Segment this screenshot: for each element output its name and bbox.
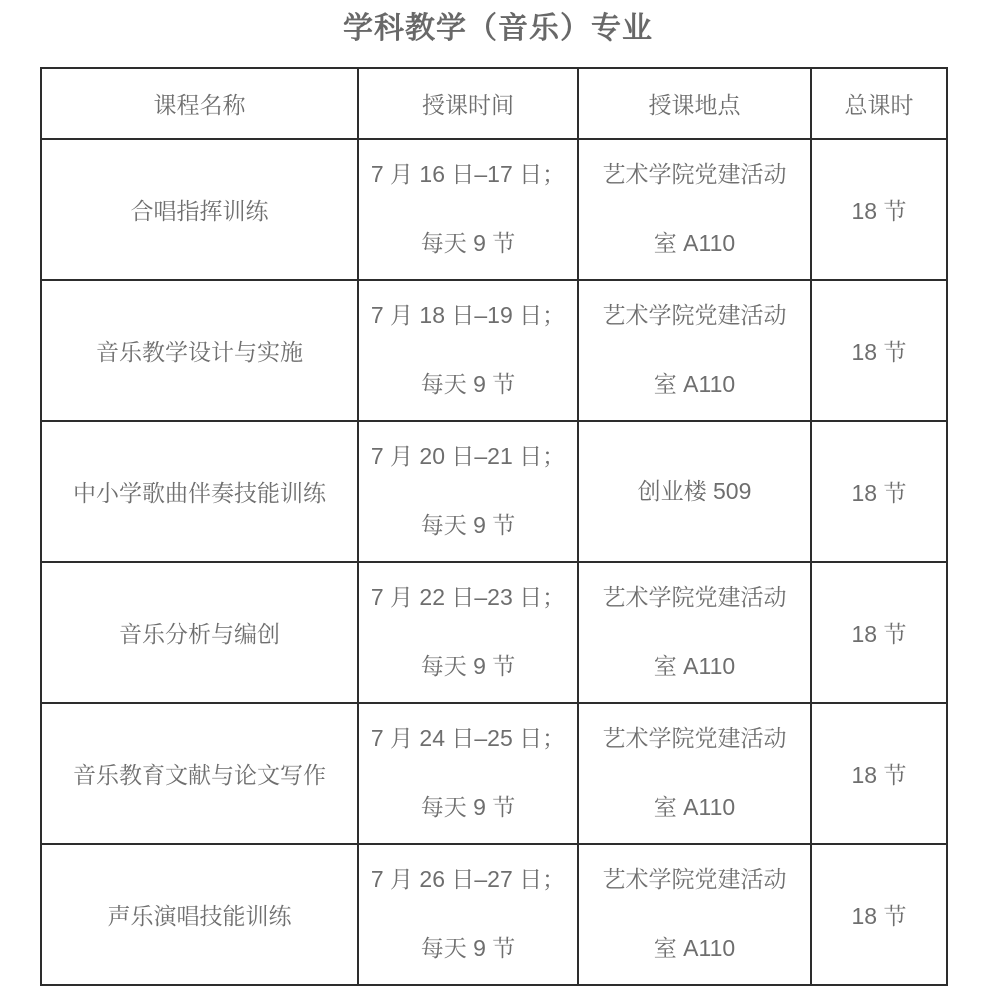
cell-line: 室 A110 [654,935,735,963]
class-place-text: 艺术学院党建活动室 A110 [579,140,810,279]
class-time-text: 7 月 22 日–23 日；每天 9 节 [359,563,577,702]
table-row: 音乐教育文献与论文写作 7 月 24 日–25 日；每天 9 节 艺术学院党建活… [41,703,947,844]
class-place-cell: 艺术学院党建活动室 A110 [578,280,811,421]
total-hours-text: 18 节 [852,903,907,929]
class-place-cell: 创业楼 509 [578,421,811,562]
table-row: 音乐分析与编创 7 月 22 日–23 日；每天 9 节 艺术学院党建活动室 A… [41,562,947,703]
total-hours-cell: 18 节 [811,421,947,562]
cell-line: 7 月 24 日–25 日； [371,725,565,753]
class-time-cell: 7 月 26 日–27 日；每天 9 节 [358,844,578,985]
class-place-text: 创业楼 509 [579,422,810,561]
course-name-cell: 音乐分析与编创 [41,562,358,703]
cell-line: 室 A110 [654,230,735,258]
course-name-text: 合唱指挥训练 [131,198,269,224]
total-hours-cell: 18 节 [811,280,947,421]
class-place-cell: 艺术学院党建活动室 A110 [578,562,811,703]
course-name-text: 声乐演唱技能训练 [108,903,292,929]
class-time-cell: 7 月 18 日–19 日；每天 9 节 [358,280,578,421]
cell-line: 7 月 26 日–27 日； [371,866,565,894]
class-time-cell: 7 月 16 日–17 日；每天 9 节 [358,139,578,280]
course-name-cell: 声乐演唱技能训练 [41,844,358,985]
course-name-text: 中小学歌曲伴奏技能训练 [73,480,326,506]
cell-line: 7 月 18 日–19 日； [371,302,565,330]
cell-line: 7 月 22 日–23 日； [371,584,565,612]
page-title: 学科教学（音乐）专业 [0,3,996,47]
table-row: 声乐演唱技能训练 7 月 26 日–27 日；每天 9 节 艺术学院党建活动室 … [41,844,947,985]
cell-line: 室 A110 [654,653,735,681]
total-hours-cell: 18 节 [811,844,947,985]
course-name-cell: 音乐教育文献与论文写作 [41,703,358,844]
table-header-row: 课程名称 授课时间 授课地点 总课时 [41,68,947,139]
table-row: 合唱指挥训练 7 月 16 日–17 日；每天 9 节 艺术学院党建活动室 A1… [41,139,947,280]
header-total-hours: 总课时 [811,68,947,139]
class-place-cell: 艺术学院党建活动室 A110 [578,844,811,985]
class-time-text: 7 月 20 日–21 日；每天 9 节 [359,422,577,561]
cell-line: 艺术学院党建活动 [603,866,787,894]
total-hours-cell: 18 节 [811,139,947,280]
table-row: 中小学歌曲伴奏技能训练 7 月 20 日–21 日；每天 9 节 创业楼 509… [41,421,947,562]
cell-line: 每天 9 节 [421,230,516,258]
cell-line: 艺术学院党建活动 [603,725,787,753]
cell-line: 艺术学院党建活动 [603,161,787,189]
course-name-text: 音乐教育文献与论文写作 [73,762,326,788]
class-time-text: 7 月 16 日–17 日；每天 9 节 [359,140,577,279]
total-hours-text: 18 节 [852,198,907,224]
class-time-text: 7 月 26 日–27 日；每天 9 节 [359,845,577,984]
cell-line: 7 月 16 日–17 日； [371,161,565,189]
course-name-cell: 中小学歌曲伴奏技能训练 [41,421,358,562]
cell-line: 创业楼 509 [638,478,752,506]
cell-line: 7 月 20 日–21 日； [371,443,565,471]
course-schedule-table: 课程名称 授课时间 授课地点 总课时 合唱指挥训练 7 月 16 日–17 日；… [40,67,948,986]
course-name-text: 音乐分析与编创 [119,621,280,647]
cell-line: 每天 9 节 [421,653,516,681]
class-time-text: 7 月 18 日–19 日；每天 9 节 [359,281,577,420]
table-row: 音乐教学设计与实施 7 月 18 日–19 日；每天 9 节 艺术学院党建活动室… [41,280,947,421]
course-name-cell: 音乐教学设计与实施 [41,280,358,421]
cell-line: 每天 9 节 [421,512,516,540]
course-name-text: 音乐教学设计与实施 [96,339,303,365]
class-time-text: 7 月 24 日–25 日；每天 9 节 [359,704,577,843]
class-place-cell: 艺术学院党建活动室 A110 [578,703,811,844]
total-hours-text: 18 节 [852,762,907,788]
cell-line: 艺术学院党建活动 [603,302,787,330]
class-place-text: 艺术学院党建活动室 A110 [579,845,810,984]
class-time-cell: 7 月 22 日–23 日；每天 9 节 [358,562,578,703]
total-hours-cell: 18 节 [811,703,947,844]
cell-line: 每天 9 节 [421,935,516,963]
class-place-text: 艺术学院党建活动室 A110 [579,704,810,843]
class-time-cell: 7 月 20 日–21 日；每天 9 节 [358,421,578,562]
cell-line: 室 A110 [654,371,735,399]
cell-line: 艺术学院党建活动 [603,584,787,612]
cell-line: 每天 9 节 [421,371,516,399]
table-body: 合唱指挥训练 7 月 16 日–17 日；每天 9 节 艺术学院党建活动室 A1… [41,139,947,985]
header-course-name: 课程名称 [41,68,358,139]
class-place-text: 艺术学院党建活动室 A110 [579,563,810,702]
class-time-cell: 7 月 24 日–25 日；每天 9 节 [358,703,578,844]
cell-line: 室 A110 [654,794,735,822]
total-hours-text: 18 节 [852,339,907,365]
header-class-place: 授课地点 [578,68,811,139]
class-place-cell: 艺术学院党建活动室 A110 [578,139,811,280]
header-class-time: 授课时间 [358,68,578,139]
course-name-cell: 合唱指挥训练 [41,139,358,280]
cell-line: 每天 9 节 [421,794,516,822]
total-hours-text: 18 节 [852,480,907,506]
class-place-text: 艺术学院党建活动室 A110 [579,281,810,420]
total-hours-cell: 18 节 [811,562,947,703]
total-hours-text: 18 节 [852,621,907,647]
